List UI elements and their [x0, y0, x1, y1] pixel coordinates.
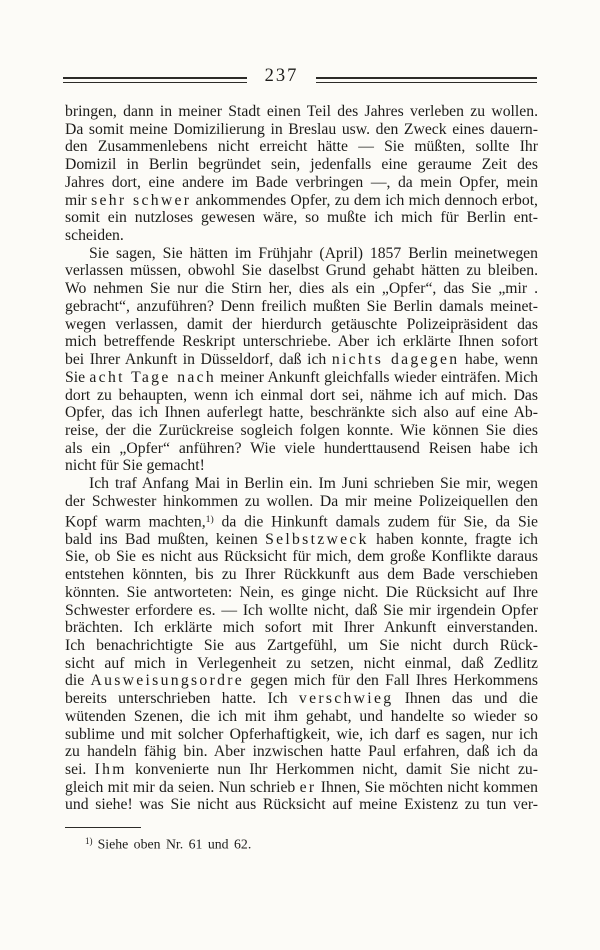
text-line: die Ausweisungsordre gegen mich für den … [65, 672, 538, 690]
text-line: Sie acht Tage nach meiner Ankunft gleich… [65, 369, 538, 387]
text-line: Ich benachrichtigte Sie aus Zartgefühl, … [65, 637, 538, 655]
text-line: entstehen könnten, bis zu Ihrer Rückkunf… [65, 566, 538, 584]
text-line: reise, der die Zurückreise sogleich folg… [65, 422, 538, 440]
text-line: bei Ihrer Ankunft in Düsseldorf, daß ich… [65, 351, 538, 369]
text-line: nicht für Sie gemacht! [65, 457, 538, 475]
footnote-separator [65, 827, 141, 828]
text-line: brächten. Ich erklärte mich sofort mit I… [65, 619, 538, 637]
text-line: zu handeln fähig bin. Aber inzwischen ha… [65, 743, 538, 761]
text-line: Sie sagen, Sie hätten im Frühjahr (April… [65, 245, 538, 263]
text-line: bald ins Bad mußten, keinen Selbstzweck … [65, 531, 538, 549]
text-line: gebracht“, anzuführen? Denn freilich muß… [65, 298, 538, 316]
text-line: Sie, ob Sie es nicht aus Rücksicht für m… [65, 548, 538, 566]
text-line: Ich traf Anfang Mai in Berlin ein. Im Ju… [65, 475, 538, 493]
text-line: den Zusammenlebens nicht erreicht hätte … [65, 138, 538, 156]
text-line: bringen, dann in meiner Stadt einen Teil… [65, 103, 538, 121]
text-line: gleich mit mir da seien. Nun schrieb er … [65, 779, 538, 797]
header-rule-left [63, 77, 247, 83]
text-line: Schwester erfordere es. — Ich wollte nic… [65, 602, 538, 620]
text-line: sei. Ihm konvenierte nun Ihr Herkommen n… [65, 761, 538, 779]
text-block: bringen, dann in meiner Stadt einen Teil… [65, 103, 538, 814]
text-line: und siehe! was Sie nicht aus Rücksicht a… [65, 796, 538, 814]
text-line: scheiden. [65, 227, 538, 245]
text-line: als ein „Opfer“ anführen? Wie viele hund… [65, 440, 538, 458]
page-number: 237 [247, 66, 316, 87]
text-line: der Schwester hinkommen zu wollen. Da mi… [65, 493, 538, 511]
text-line: könnten. Sie antworteten: Nein, es ginge… [65, 584, 538, 602]
footnote: 1)Siehe oben Nr. 61 und 62. [65, 836, 558, 853]
text-line: Domizil in Berlin begründet sein, jedenf… [65, 156, 538, 174]
book-page: 237 bringen, dann in meiner Stadt einen … [0, 0, 600, 950]
text-line: wegen verlassen, damit der hierdurch get… [65, 316, 538, 334]
text-line: somit ein nutzloses gewesen wäre, so muß… [65, 209, 538, 227]
text-line: Jahres dort, eine andere im Bade verbrin… [65, 174, 538, 192]
text-line: mir sehr schwer ankommendes Opfer, zu de… [65, 192, 538, 210]
header-rule-right [316, 77, 537, 83]
text-line: sicht auf mich in Verlegenheit zu setzen… [65, 655, 538, 673]
footnote-marker: 1) [85, 836, 93, 846]
text-line: verlassen müssen, obwohl Sie daselbst Gr… [65, 262, 538, 280]
text-line: Wo nehmen Sie nur die Stirn her, dies al… [65, 280, 538, 298]
text-line: wütenden Szenen, die ich mit ihm gehabt,… [65, 708, 538, 726]
text-line: sublime und mit solcher Opferhaftigkeit,… [65, 726, 538, 744]
text-line: Da somit meine Domizilierung in Breslau … [65, 121, 538, 139]
text-line: mich betreffende Reskript unterschriebe.… [65, 333, 538, 351]
text-line: Kopf warm machten,1) da die Hinkunft dam… [65, 511, 538, 531]
footnote-reference: 1) [206, 514, 214, 525]
footnote-text: Siehe oben Nr. 61 und 62. [98, 837, 252, 852]
text-line: bereits unterschrieben hatte. Ich versch… [65, 690, 538, 708]
text-line: Opfer, das ich Ihnen auferlegt hatte, be… [65, 404, 538, 422]
text-line: dort zu behaupten, wenn ich einmal dort … [65, 387, 538, 405]
